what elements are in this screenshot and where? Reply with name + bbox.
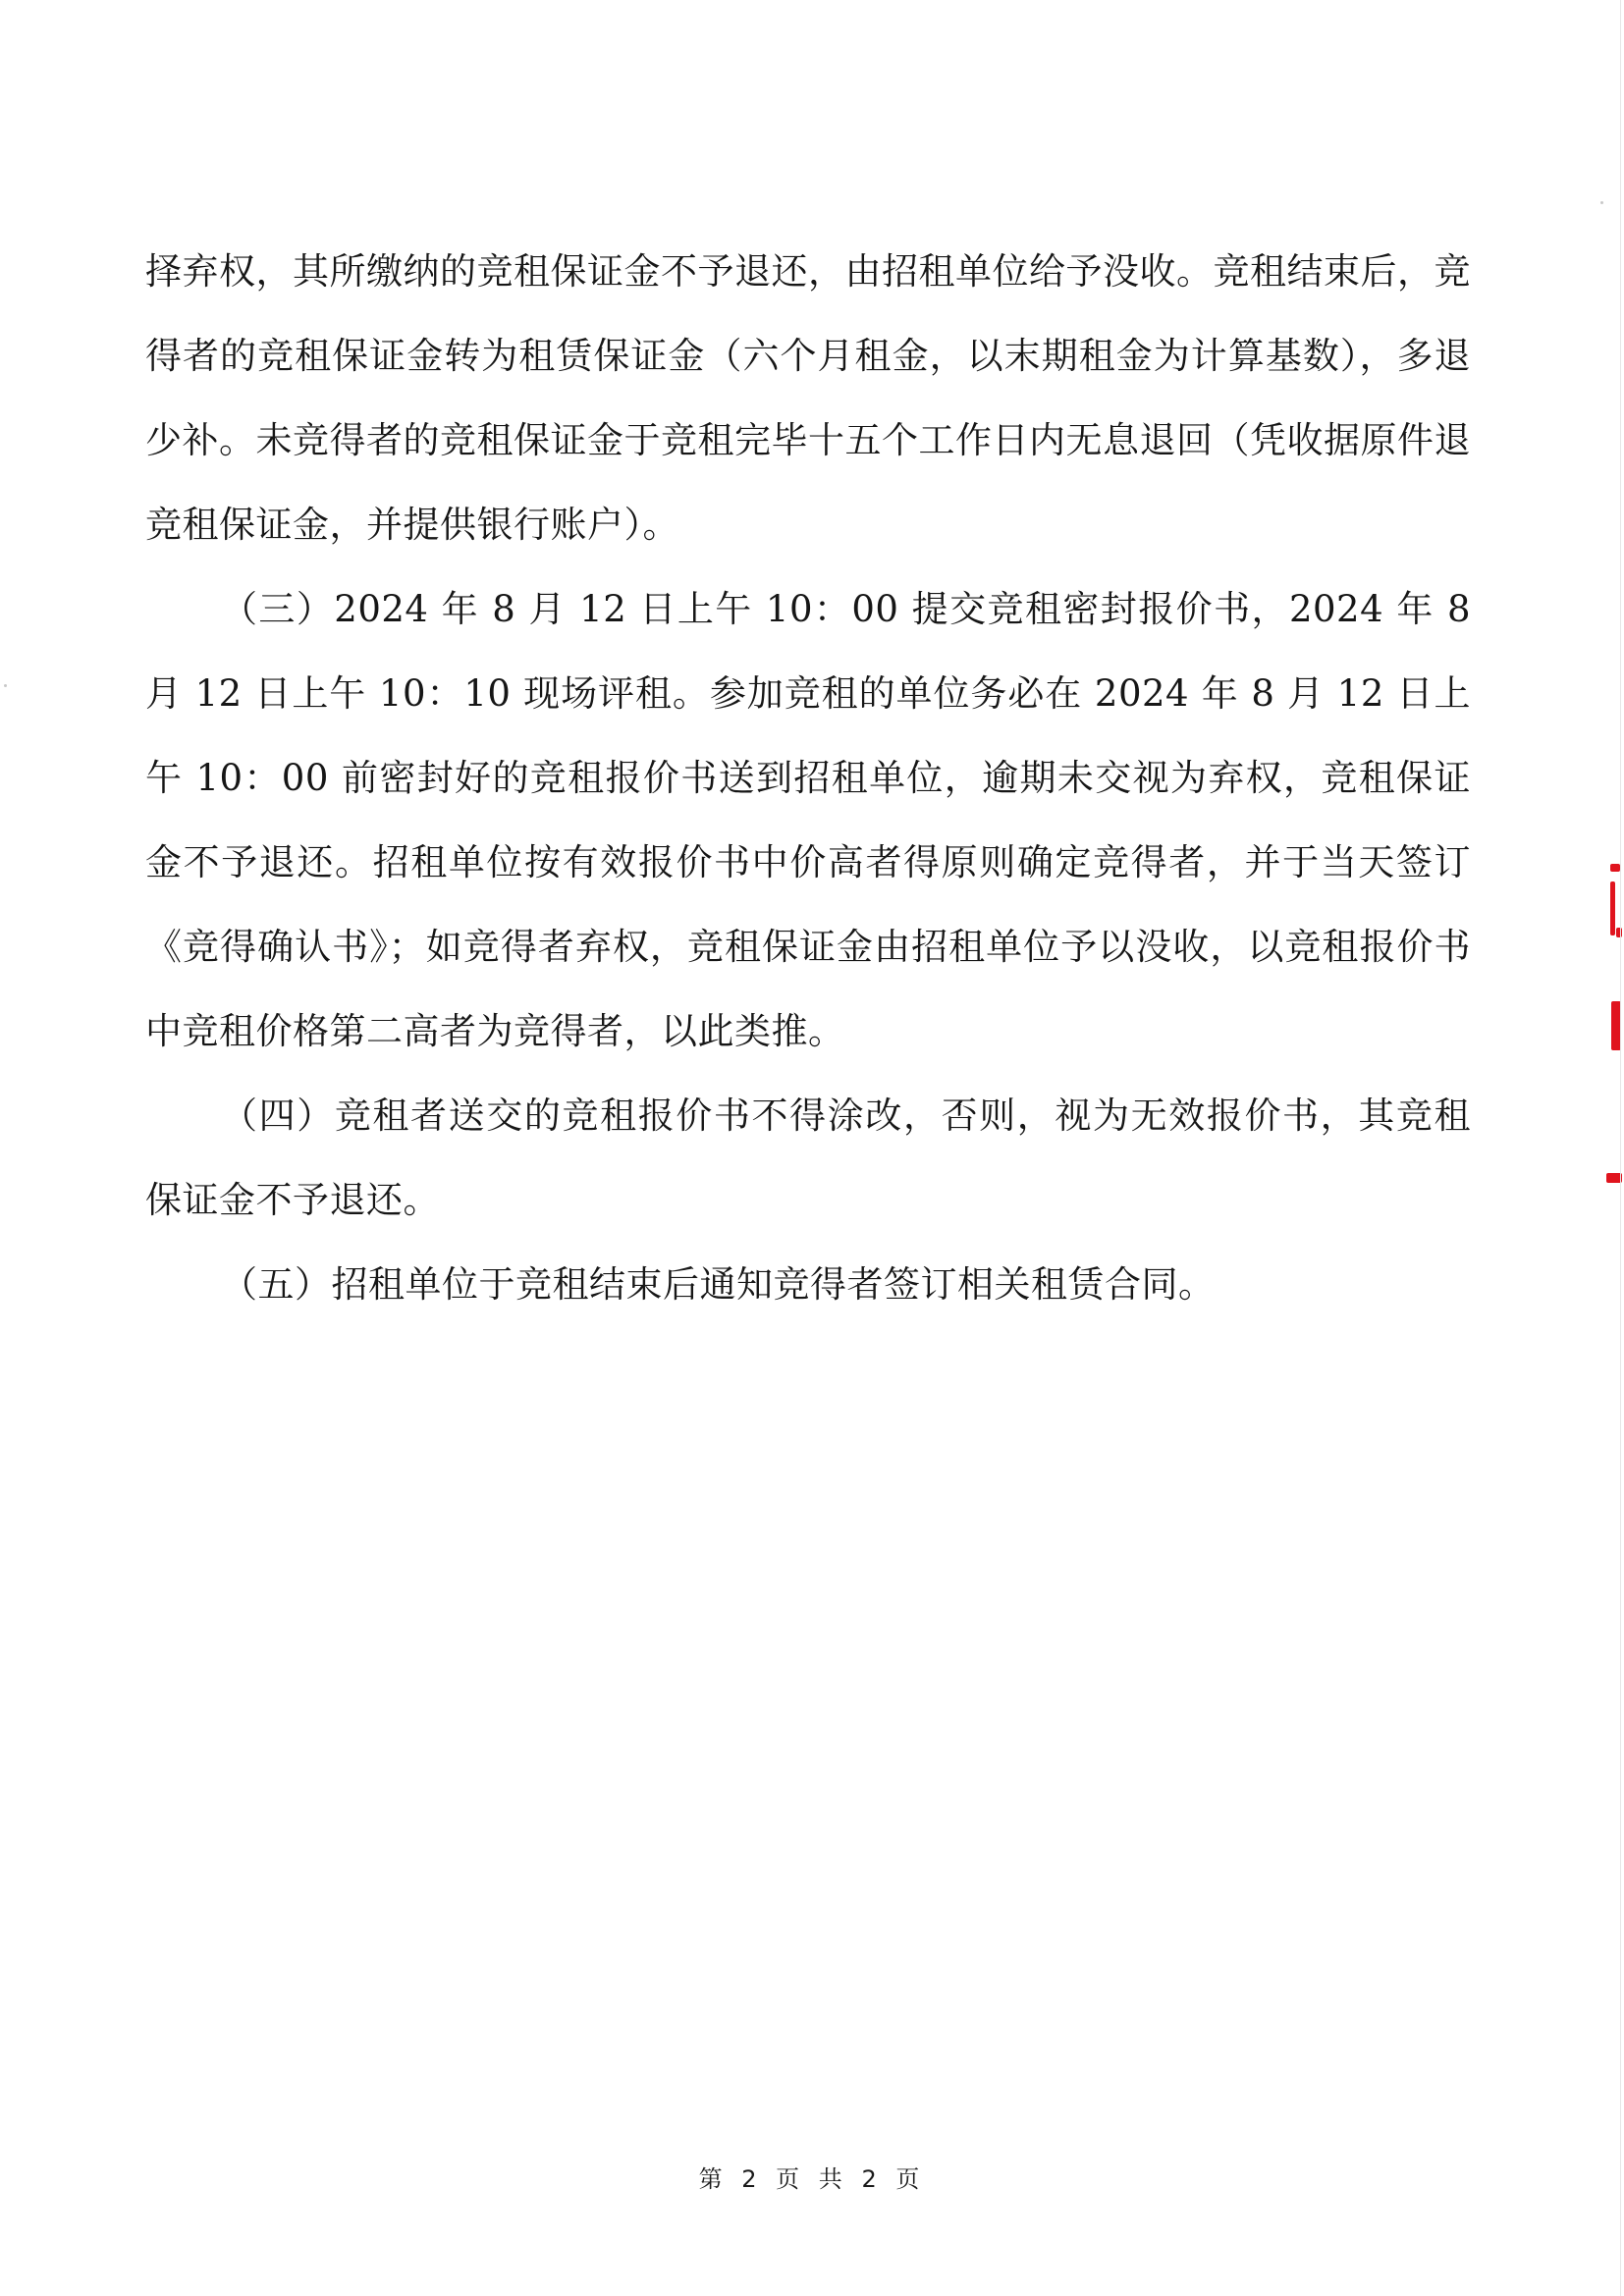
scan-speck [4, 684, 7, 687]
scan-edge-line [1620, 0, 1621, 2296]
paragraph-item-3: （三）2024 年 8 月 12 日上午 10：00 提交竞租密封报价书，202… [145, 567, 1471, 1074]
page-number-footer: 第 2 页 共 2 页 [0, 2160, 1624, 2194]
scan-speck [1600, 201, 1603, 204]
document-body: 择弃权，其所缴纳的竞租保证金不予退还，由招租单位给予没收。竞租结束后，竞得者的竞… [145, 230, 1471, 1327]
paragraph-continuation: 择弃权，其所缴纳的竞租保证金不予退还，由招租单位给予没收。竞租结束后，竞得者的竞… [145, 230, 1471, 567]
document-page: 择弃权，其所缴纳的竞租保证金不予退还，由招租单位给予没收。竞租结束后，竞得者的竞… [0, 0, 1624, 2296]
paragraph-item-5: （五）招租单位于竞租结束后通知竞得者签订相关租赁合同。 [145, 1243, 1471, 1327]
paragraph-item-4: （四）竞租者送交的竞租报价书不得涂改，否则，视为无效报价书，其竞租保证金不予退还… [145, 1074, 1471, 1243]
